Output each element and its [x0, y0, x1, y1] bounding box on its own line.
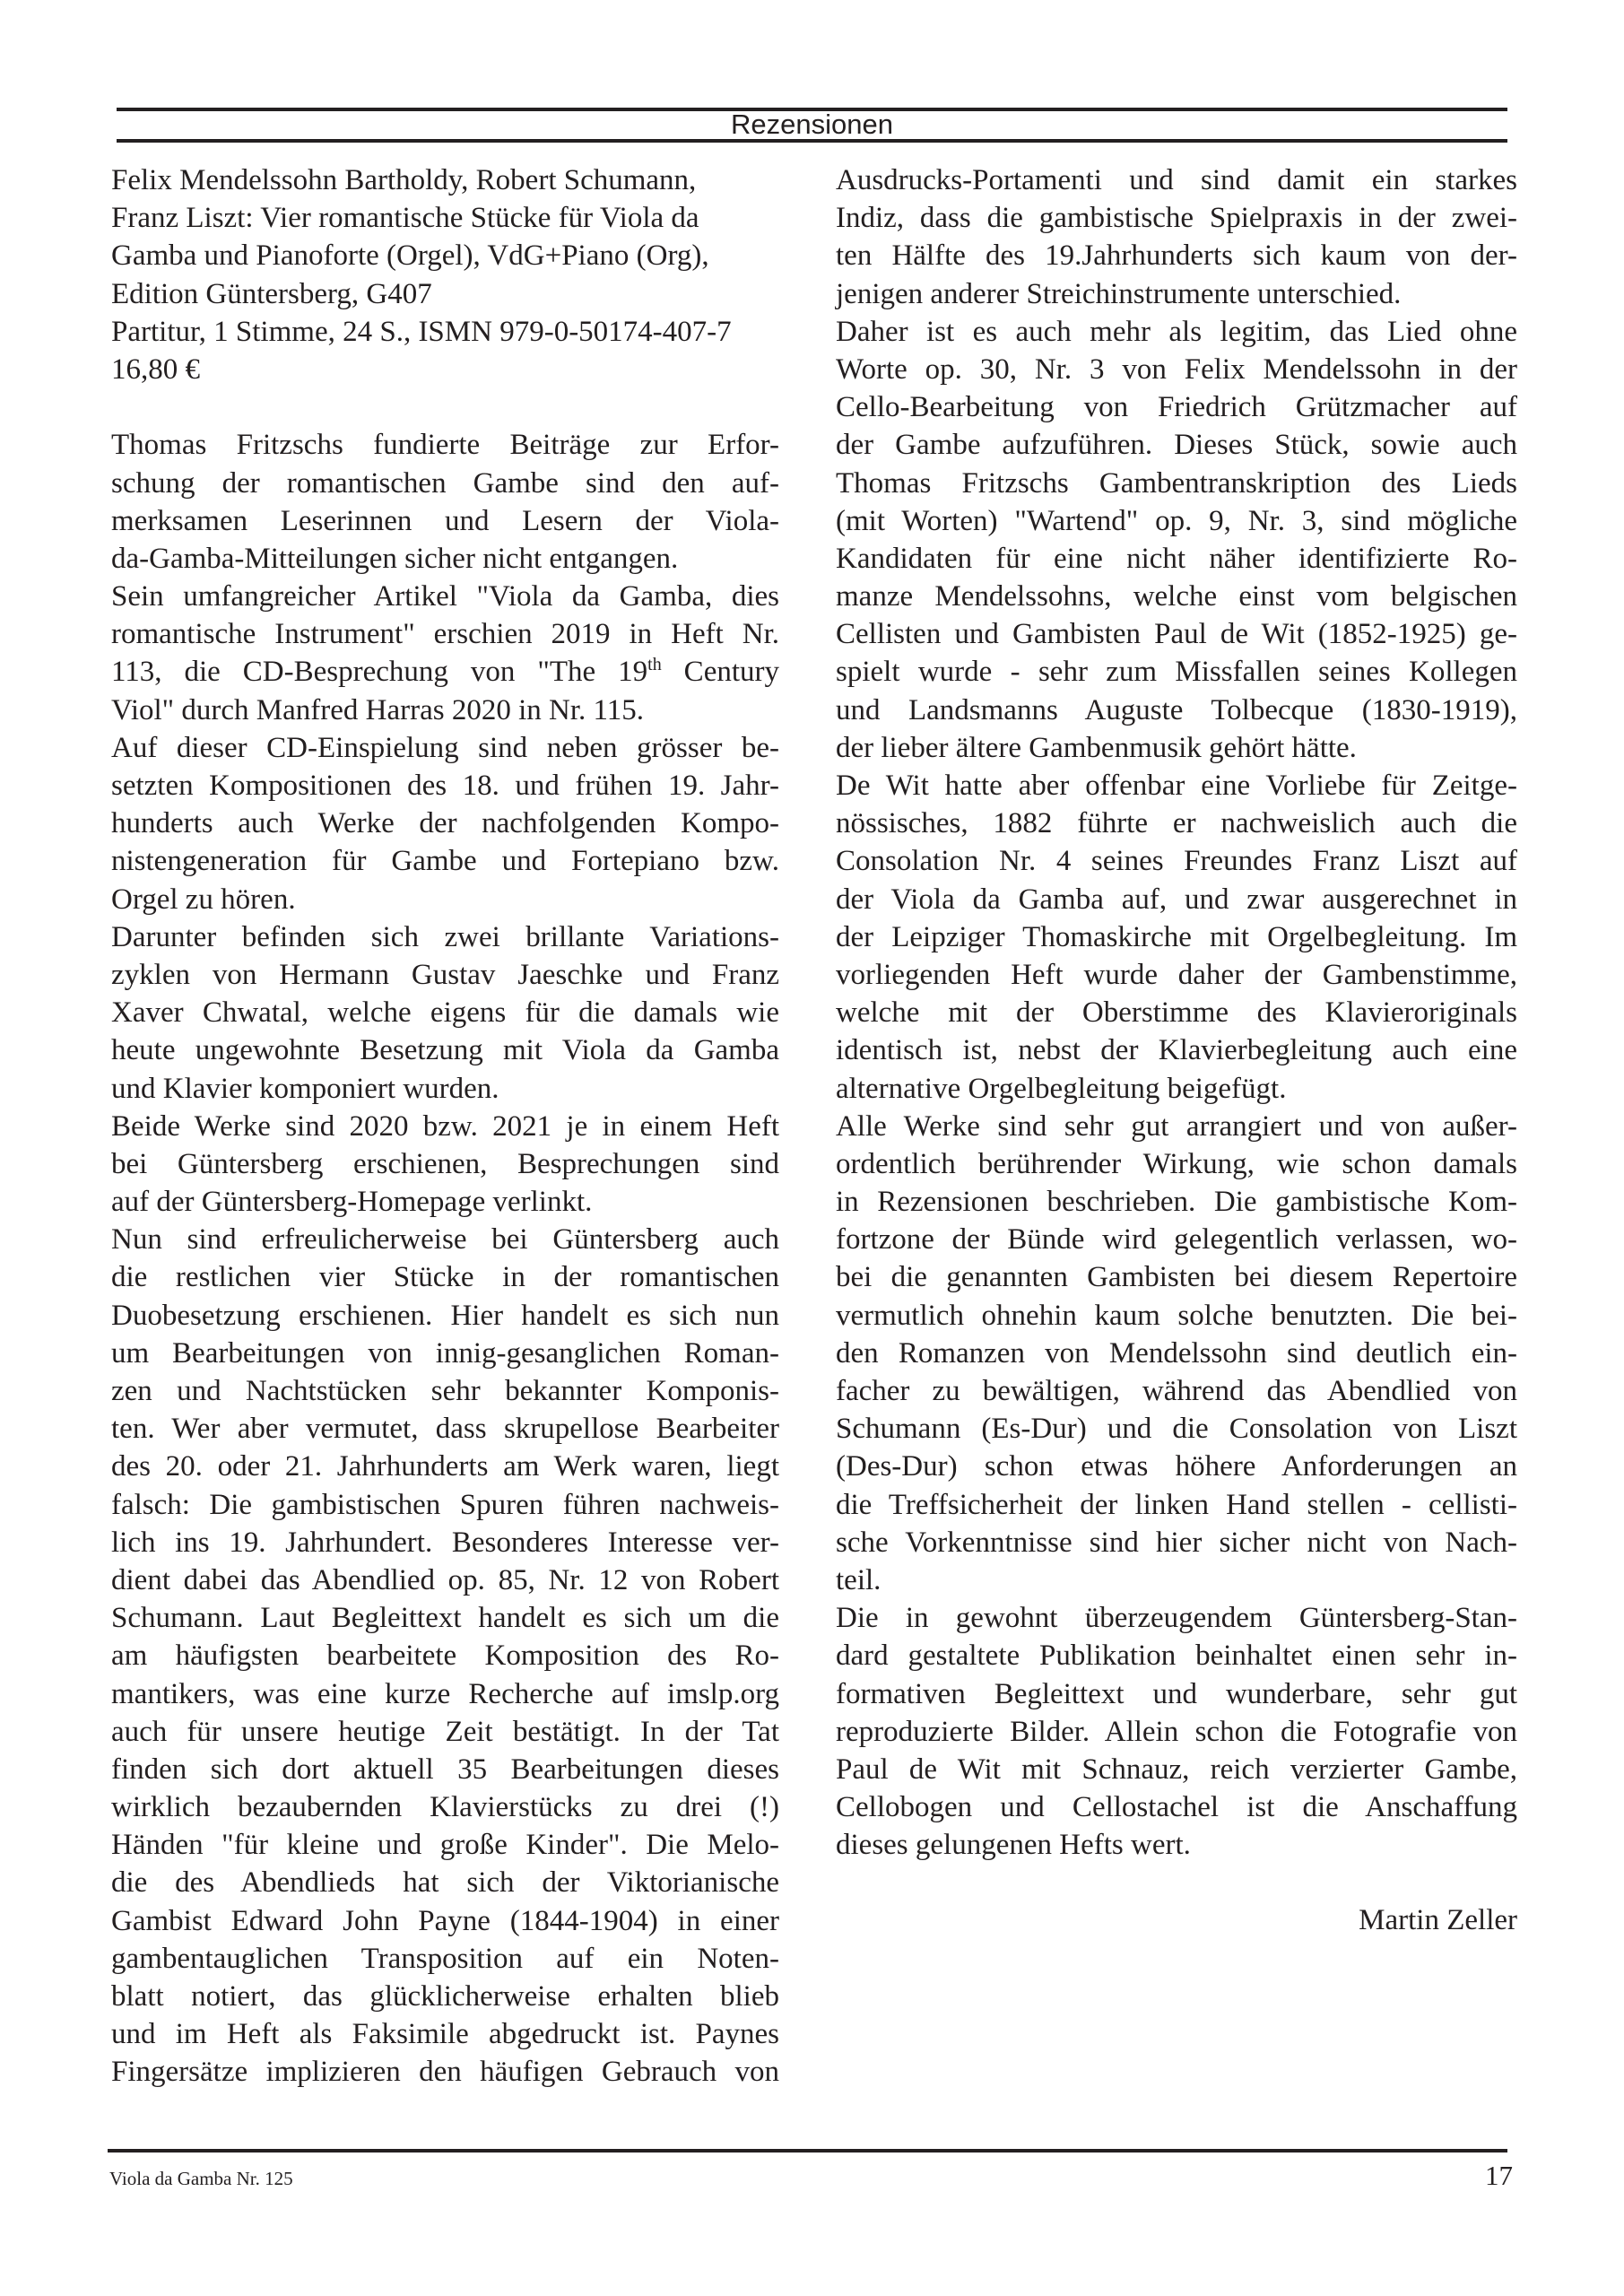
- text-line: und Landsmanns Auguste Tolbecque (1830-1…: [836, 691, 1517, 729]
- text-line: (mit Worten) "Wartend" op. 9, Nr. 3, sin…: [836, 502, 1517, 540]
- text-line: Daher ist es auch mehr als legitim, das …: [836, 313, 1517, 351]
- text-line: Thomas Fritzschs Gambentranskription des…: [836, 465, 1517, 502]
- text-line: nössisches, 1882 führte er nachweislich …: [836, 804, 1517, 842]
- text-line: wirklich bezaubernden Klavierstücks zu d…: [111, 1788, 779, 1826]
- text-line: finden sich dort aktuell 35 Bearbeitunge…: [111, 1751, 779, 1788]
- text-line: lich ins 19. Jahrhundert. Besonderes Int…: [111, 1524, 779, 1561]
- text-line: Händen "für kleine und große Kinder". Di…: [111, 1826, 779, 1864]
- text-fragment: Century: [662, 656, 779, 688]
- right-column: Ausdrucks-Portamenti und sind damit ein …: [836, 161, 1517, 1940]
- text-line: gambentauglichen Transposition auf ein N…: [111, 1940, 779, 1978]
- text-line: Xaver Chwatal, welche eigens für die dam…: [111, 994, 779, 1031]
- text-line: 113, die CD-Besprechung von "The 19th Ce…: [111, 653, 779, 691]
- text-line: jenigen anderer Streichinstrumente unter…: [836, 275, 1517, 313]
- text-line: Schumann. Laut Begleittext handelt es si…: [111, 1599, 779, 1637]
- text-line: Ausdrucks-Portamenti und sind damit ein …: [836, 161, 1517, 199]
- text-line: der Leipziger Thomaskirche mit Orgelbegl…: [836, 918, 1517, 956]
- header-rule-bottom: [117, 139, 1507, 143]
- text-line: bei die genannten Gambisten bei diesem R…: [836, 1258, 1517, 1296]
- text-line: merksamen Leserinnen und Lesern der Viol…: [111, 502, 779, 540]
- text-line: Orgel zu hören.: [111, 881, 779, 918]
- text-line: formativen Begleittext und wunderbare, s…: [836, 1675, 1517, 1713]
- spacer: [111, 388, 779, 426]
- text-line: (Des-Dur) schon etwas höhere Anforderung…: [836, 1448, 1517, 1485]
- text-line: blatt notiert, das glücklicherweise erha…: [111, 1978, 779, 2015]
- text-line: sche Vorkenntnisse sind hier sicher nich…: [836, 1524, 1517, 1561]
- text-line: den Romanzen von Mendelssohn sind deutli…: [836, 1335, 1517, 1372]
- text-line: am häufigsten bearbeitete Komposition de…: [111, 1637, 779, 1674]
- text-line: fortzone der Bünde wird gelegentlich ver…: [836, 1221, 1517, 1258]
- text-line: reproduzierte Bilder. Allein schon die F…: [836, 1713, 1517, 1751]
- text-line: um Bearbeitungen von innig-gesanglichen …: [111, 1335, 779, 1372]
- text-line: Paul de Wit mit Schnauz, reich verzierte…: [836, 1751, 1517, 1788]
- text-line: heute ungewohnte Besetzung mit Viola da …: [111, 1031, 779, 1069]
- text-line: des 20. oder 21. Jahrhunderts am Werk wa…: [111, 1448, 779, 1485]
- text-line: Partitur, 1 Stimme, 24 S., ISMN 979-0-50…: [111, 313, 779, 351]
- superscript: th: [647, 655, 662, 674]
- text-line: alternative Orgelbegleitung beigefügt.: [836, 1070, 1517, 1108]
- text-line: falsch: Die gambistischen Spuren führen …: [111, 1486, 779, 1524]
- text-line: die restlichen vier Stücke in der romant…: [111, 1258, 779, 1296]
- text-line: vorliegenden Heft wurde daher der Gamben…: [836, 956, 1517, 994]
- text-line: Felix Mendelssohn Bartholdy, Robert Schu…: [111, 161, 779, 199]
- text-line: Alle Werke sind sehr gut arrangiert und …: [836, 1108, 1517, 1145]
- text-line: Worte op. 30, Nr. 3 von Felix Mendelssoh…: [836, 351, 1517, 388]
- text-line: ten Hälfte des 19.Jahrhunderts sich kaum…: [836, 237, 1517, 274]
- left-column: Felix Mendelssohn Bartholdy, Robert Schu…: [111, 161, 779, 2092]
- review-body-right: Ausdrucks-Portamenti und sind damit ein …: [836, 161, 1517, 1864]
- text-line: Auf dieser CD-Einspielung sind neben grö…: [111, 729, 779, 767]
- text-line: Kandidaten für eine nicht näher identifi…: [836, 540, 1517, 578]
- text-line: Gambist Edward John Payne (1844-1904) in…: [111, 1902, 779, 1940]
- text-line: romantische Instrument" erschien 2019 in…: [111, 615, 779, 653]
- text-line: auch für unsere heutige Zeit bestätigt. …: [111, 1713, 779, 1751]
- section-title: Rezensionen: [117, 109, 1507, 140]
- text-line: setzten Kompositionen des 18. und frühen…: [111, 767, 779, 804]
- page-number: 17: [1485, 2160, 1513, 2192]
- text-line: spielt wurde - sehr zum Missfallen seine…: [836, 653, 1517, 691]
- text-line: ten. Wer aber vermutet, dass skrupellose…: [111, 1410, 779, 1448]
- text-line: Duobesetzung erschienen. Hier handelt es…: [111, 1297, 779, 1335]
- text-line: die des Abendlieds hat sich der Viktoria…: [111, 1864, 779, 1901]
- text-line: Schumann (Es-Dur) und die Consolation vo…: [836, 1410, 1517, 1448]
- journal-issue: Viola da Gamba Nr. 125: [109, 2167, 293, 2190]
- text-line: 16,80 €: [111, 351, 779, 388]
- text-line: hunderts auch Werke der nachfolgenden Ko…: [111, 804, 779, 842]
- text-line: vermutlich ohnehin kaum solche benutzten…: [836, 1297, 1517, 1335]
- text-line: Die in gewohnt überzeugendem Güntersberg…: [836, 1599, 1517, 1637]
- text-line: Indiz, dass die gambistische Spielpraxis…: [836, 199, 1517, 237]
- text-line: Edition Güntersberg, G407: [111, 275, 779, 313]
- text-line: der lieber ältere Gambenmusik gehört hät…: [836, 729, 1517, 767]
- review-body-left: Thomas Fritzschs fundierte Beiträge zur …: [111, 426, 779, 2091]
- text-line: Beide Werke sind 2020 bzw. 2021 je in ei…: [111, 1108, 779, 1145]
- text-line: ordentlich berührender Wirkung, wie scho…: [836, 1145, 1517, 1183]
- text-line: und im Heft als Faksimile abgedruckt ist…: [111, 2015, 779, 2053]
- text-line: bei Güntersberg erschienen, Besprechunge…: [111, 1145, 779, 1183]
- author-signature: Martin Zeller: [836, 1901, 1517, 1939]
- text-line: schung der romantischen Gambe sind den a…: [111, 465, 779, 502]
- text-line: Sein umfangreicher Artikel "Viola da Gam…: [111, 578, 779, 615]
- text-line: Cellobogen und Cellostachel ist die Ansc…: [836, 1788, 1517, 1826]
- text-line: manze Mendelssohns, welche einst vom bel…: [836, 578, 1517, 615]
- citation-block: Felix Mendelssohn Bartholdy, Robert Schu…: [111, 161, 779, 388]
- footer-rule: [108, 2149, 1507, 2152]
- text-line: Gamba und Pianoforte (Orgel), VdG+Piano …: [111, 237, 779, 274]
- text-line: Franz Liszt: Vier romantische Stücke für…: [111, 199, 779, 237]
- text-line: facher zu bewältigen, während das Abendl…: [836, 1372, 1517, 1410]
- text-line: Fingersätze implizieren den häufigen Geb…: [111, 2053, 779, 2091]
- text-line: mantikers, was eine kurze Recherche auf …: [111, 1675, 779, 1713]
- text-line: der Viola da Gamba auf, und zwar ausgere…: [836, 881, 1517, 918]
- text-line: in Rezensionen beschrieben. Die gambisti…: [836, 1183, 1517, 1221]
- text-line: Darunter befinden sich zwei brillante Va…: [111, 918, 779, 956]
- text-line: Cello-Bearbeitung von Friedrich Grützmac…: [836, 388, 1517, 426]
- text-line: auf der Güntersberg-Homepage verlinkt.: [111, 1183, 779, 1221]
- text-line: dient dabei das Abendlied op. 85, Nr. 12…: [111, 1561, 779, 1599]
- text-line: teil.: [836, 1561, 1517, 1599]
- text-line: dieses gelungenen Hefts wert.: [836, 1826, 1517, 1864]
- text-line: Nun sind erfreulicherweise bei Güntersbe…: [111, 1221, 779, 1258]
- text-line: dard gestaltete Publikation beinhaltet e…: [836, 1637, 1517, 1674]
- text-line: da-Gamba-Mitteilungen sicher nicht entga…: [111, 540, 779, 578]
- text-line: zen und Nachtstücken sehr bekannter Komp…: [111, 1372, 779, 1410]
- text-line: identisch ist, nebst der Klavierbegleitu…: [836, 1031, 1517, 1069]
- text-line: und Klavier komponiert wurden.: [111, 1070, 779, 1108]
- text-line: zyklen von Hermann Gustav Jaeschke und F…: [111, 956, 779, 994]
- text-line: Consolation Nr. 4 seines Freundes Franz …: [836, 842, 1517, 880]
- text-line: welche mit der Oberstimme des Klavierori…: [836, 994, 1517, 1031]
- text-line: Thomas Fritzschs fundierte Beiträge zur …: [111, 426, 779, 464]
- text-line: nistengeneration für Gambe und Fortepian…: [111, 842, 779, 880]
- text-line: Cellisten und Gambisten Paul de Wit (185…: [836, 615, 1517, 653]
- text-line: die Treffsicherheit der linken Hand stel…: [836, 1486, 1517, 1524]
- text-line: Viol" durch Manfred Harras 2020 in Nr. 1…: [111, 691, 779, 729]
- text-line: der Gambe aufzuführen. Dieses Stück, sow…: [836, 426, 1517, 464]
- text-line: De Wit hatte aber offenbar eine Vorliebe…: [836, 767, 1517, 804]
